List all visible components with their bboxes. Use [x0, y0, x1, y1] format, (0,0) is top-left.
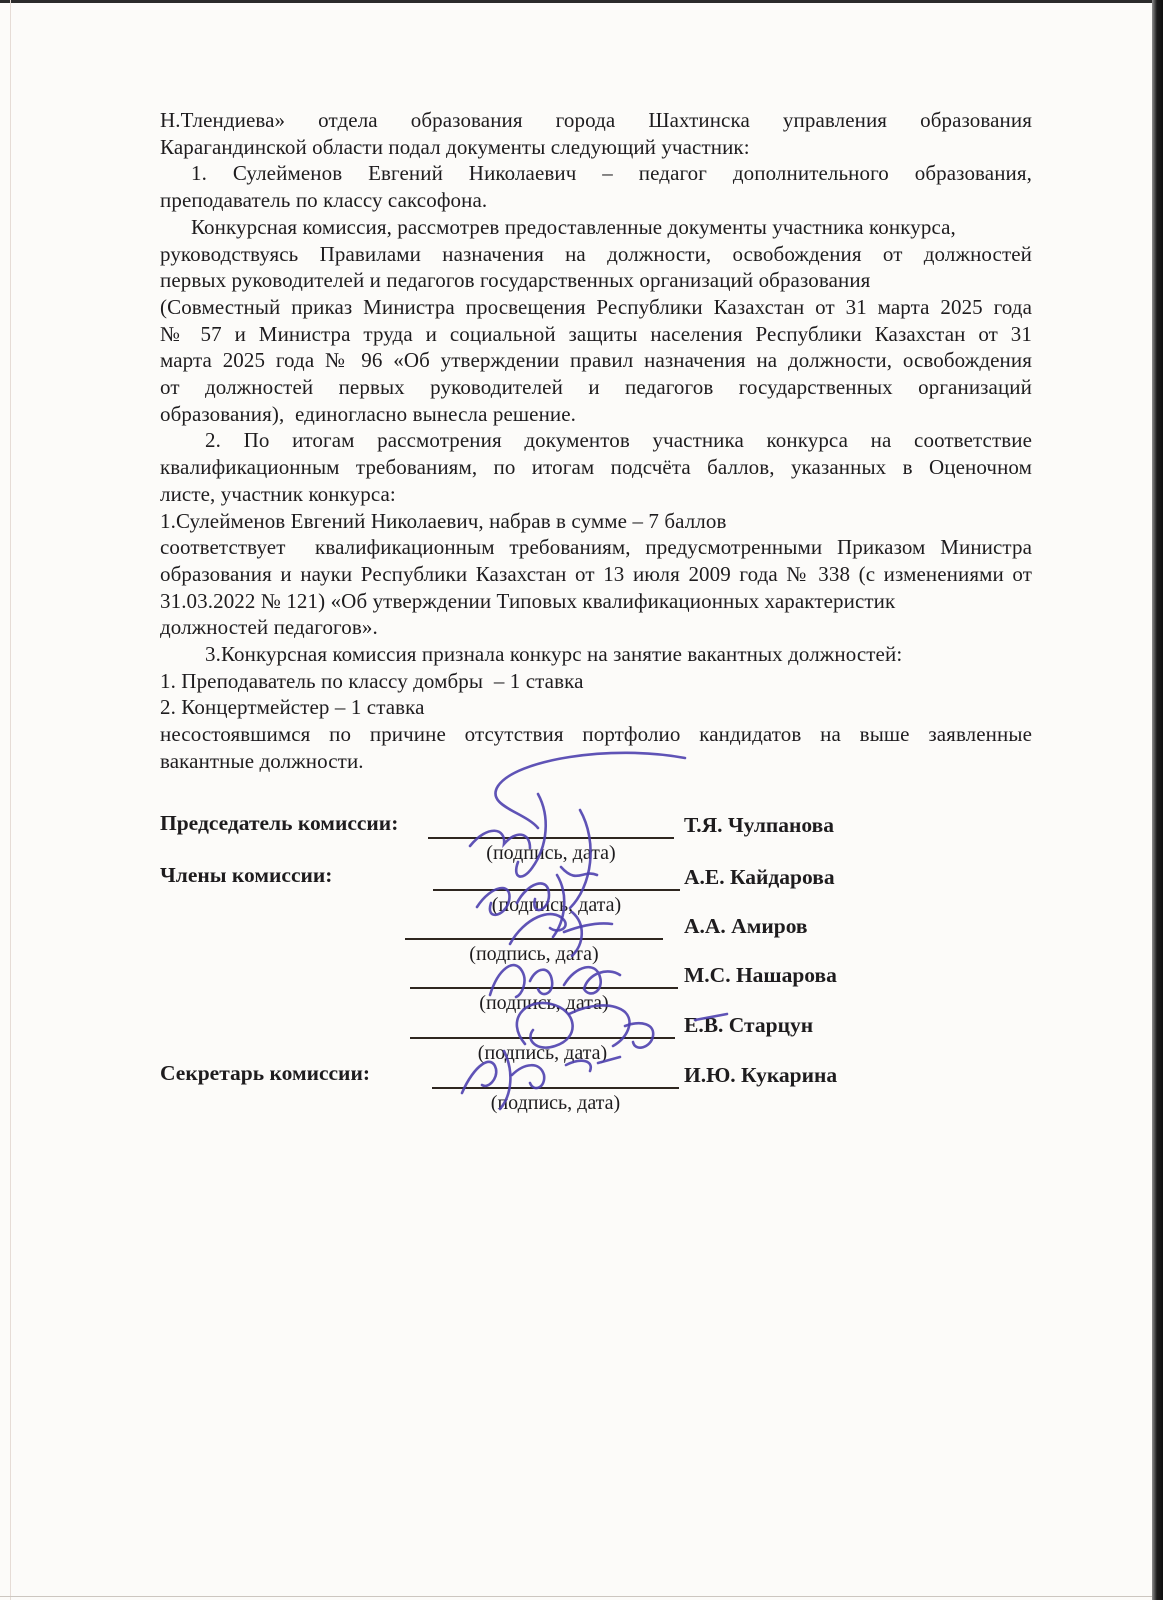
text-line: 31.03.2022 № 121) «Об утверждении Типовы… [160, 588, 1032, 615]
signatory-name: Т.Я. Чулпанова [684, 813, 834, 838]
text-line: 1. Преподаватель по классу домбры – 1 ст… [160, 668, 1032, 695]
text-line: квалификационным требованиям, по итогам … [160, 454, 1032, 481]
text-line: образования), единогласно вынесла решени… [160, 401, 1032, 428]
text-line: первых руководителей и педагогов государ… [160, 267, 1032, 294]
signature-line [405, 938, 663, 940]
signature-caption: (подпись, дата) [432, 1092, 679, 1115]
text-line: 2. По итогам рассмотрения документов уча… [160, 427, 1032, 454]
text-line: руководствуясь Правилами назначения на д… [160, 241, 1032, 268]
text-line: образования и науки Республики Казахстан… [160, 561, 1032, 588]
text-line: соответствует квалификационным требовани… [160, 534, 1032, 561]
scan-edge-left [10, 0, 11, 1600]
text-line: 1.Сулейменов Евгений Николаевич, набрав … [160, 508, 1032, 535]
scan-edge-right [1152, 0, 1163, 1600]
text-line: Карагандинской области подал документы с… [160, 134, 1032, 161]
signature-line [410, 1037, 675, 1039]
scanned-document-page: Н.Тлендиева» отдела образования города Ш… [0, 0, 1163, 1600]
text-line: преподаватель по классу саксофона. [160, 187, 1032, 214]
text-line: от должностей первых руководителей и пед… [160, 374, 1032, 401]
signatory-name: Е.В. Старцун [684, 1013, 813, 1038]
signature-role-label: Секретарь комиссии: [160, 1061, 370, 1086]
signature-line [410, 987, 678, 989]
document-body: Н.Тлендиева» отдела образования города Ш… [160, 107, 1032, 775]
signature-line [432, 1087, 679, 1089]
text-line: должностей педагогов». [160, 614, 1032, 641]
signature-row: Секретарь комиссии: И.Ю. Кукарина (подпи… [0, 1061, 1163, 1133]
signature-line [428, 837, 674, 839]
text-line: (Совместный приказ Министра просвещения … [160, 294, 1032, 321]
signatory-name: М.С. Нашарова [684, 963, 837, 988]
text-line: 1. Сулейменов Евгений Николаевич – педаг… [160, 160, 1032, 187]
signatory-name: А.А. Амиров [684, 914, 808, 939]
signature-role-label: Члены комиссии: [160, 863, 332, 888]
signatory-name: И.Ю. Кукарина [684, 1063, 837, 1088]
text-line: несостоявшимся по причине отсутствия пор… [160, 721, 1032, 748]
signatory-name: А.Е. Кайдарова [684, 865, 835, 890]
text-line: листе, участник конкурса: [160, 481, 1032, 508]
text-line: марта 2025 года № 96 «Об утверждении пра… [160, 347, 1032, 374]
scan-edge-bottom [0, 1596, 1152, 1597]
text-line: вакантные должности. [160, 748, 1032, 775]
signature-caption: (подпись, дата) [428, 842, 674, 865]
text-line: Н.Тлендиева» отдела образования города Ш… [160, 107, 1032, 134]
signature-role-label: Председатель комиссии: [160, 811, 398, 836]
scan-edge-top [0, 0, 1163, 3]
text-line: 2. Концертмейстер – 1 ставка [160, 694, 1032, 721]
text-line: 3.Конкурсная комиссия признала конкурс н… [160, 641, 1032, 668]
text-line: Конкурсная комиссия, рассмотрев предоста… [160, 214, 1032, 241]
signature-line [433, 889, 680, 891]
text-line: № 57 и Министра труда и социальной защит… [160, 321, 1032, 348]
